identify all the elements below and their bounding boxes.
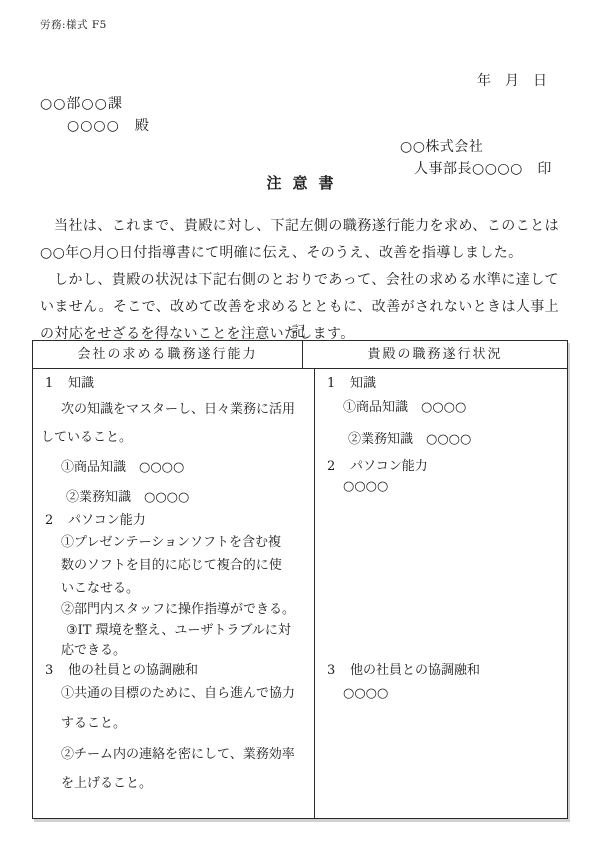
form-code-label: 労務:様式 F5 xyxy=(40,17,107,32)
table-header-company-requirements: 会社の求める職務遂行能力 xyxy=(33,341,303,368)
item-number: 1 xyxy=(41,375,68,393)
item-number: 3 xyxy=(323,662,350,680)
table-line: ②部門内スタッフに操作指導ができる。 xyxy=(41,601,310,619)
table-line: ○○○○ xyxy=(323,685,563,703)
table-line: 3他の社員との協調融和 xyxy=(41,662,310,680)
table-line: ○○○○ xyxy=(323,478,563,496)
table-cell-employee-status: 1知識①商品知識 ○○○○②業務知識 ○○○○2パソコン能力○○○○3他の社員と… xyxy=(315,369,567,818)
date-line: 年 月 日 xyxy=(477,70,547,90)
item-number: 1 xyxy=(323,375,350,393)
item-title: 他の社員との協調融和 xyxy=(350,663,480,678)
table-line: いこなせる。 xyxy=(41,580,310,598)
item-number: 3 xyxy=(41,662,68,680)
table-line: 2パソコン能力 xyxy=(41,512,310,530)
item-title: 知識 xyxy=(350,376,376,391)
table-header-employee-status: 貴殿の職務遂行状況 xyxy=(303,341,567,368)
notice-table: 会社の求める職務遂行能力 貴殿の職務遂行状況 1知識次の知識をマスターし、日々業… xyxy=(32,340,568,819)
table-line: ①共通の目標のために、自ら進んで協力 xyxy=(41,685,310,703)
table-line: 2パソコン能力 xyxy=(323,458,563,476)
table-line: ②チーム内の連絡を密にして、業務効率 xyxy=(41,746,310,764)
table-line: ③IT 環境を整え、ユーザトラブルに対 xyxy=(41,622,310,640)
table-line: していること。 xyxy=(41,429,310,447)
table-line: 1知識 xyxy=(41,375,310,393)
document-title: 注意書 xyxy=(0,172,600,193)
item-number: 2 xyxy=(41,512,68,530)
table-line: ①プレゼンテーションソフトを含む複 xyxy=(41,534,310,552)
table-line: すること。 xyxy=(41,715,310,733)
table-cell-company-requirements: 1知識次の知識をマスターし、日々業務に活用していること。①商品知識 ○○○○②業… xyxy=(33,369,315,818)
table-line: 数のソフトを目的に応じて複合的に使 xyxy=(41,557,310,575)
body-paragraph-1: 当社は、これまで、貴殿に対し、下記左側の職務遂行能力を求め、このことは○○年○月… xyxy=(40,213,559,267)
table-line: ②業務知識 ○○○○ xyxy=(41,489,310,507)
item-title: 知識 xyxy=(68,376,94,391)
table-line: を上げること。 xyxy=(41,775,310,793)
company-name: ○○株式会社 xyxy=(400,136,483,156)
recipient-name: ○○○○ 殿 xyxy=(67,115,150,135)
table-body-row: 1知識次の知識をマスターし、日々業務に活用していること。①商品知識 ○○○○②業… xyxy=(33,369,567,818)
table-line: ②業務知識 ○○○○ xyxy=(323,431,563,449)
item-title: パソコン能力 xyxy=(350,459,428,474)
item-number: 2 xyxy=(323,458,350,476)
table-line: ①商品知識 ○○○○ xyxy=(323,399,563,417)
table-line: ①商品知識 ○○○○ xyxy=(41,459,310,477)
table-line: 3他の社員との協調融和 xyxy=(323,662,563,680)
item-title: 他の社員との協調融和 xyxy=(68,663,198,678)
table-header-row: 会社の求める職務遂行能力 貴殿の職務遂行状況 xyxy=(33,341,567,369)
document-page: 労務:様式 F5 年 月 日 ○○部○○課 ○○○○ 殿 ○○株式会社 人事部長… xyxy=(0,0,600,856)
item-title: パソコン能力 xyxy=(68,513,146,528)
ki-label: 記 xyxy=(0,321,597,341)
table-line: 次の知識をマスターし、日々業務に活用 xyxy=(41,401,310,419)
table-line: 1知識 xyxy=(323,375,563,393)
table-line: 応できる。 xyxy=(41,642,310,660)
recipient-department: ○○部○○課 xyxy=(40,93,123,113)
